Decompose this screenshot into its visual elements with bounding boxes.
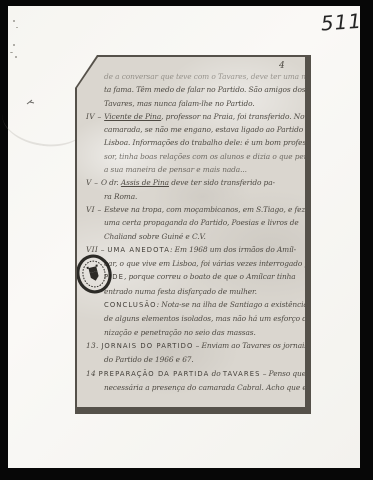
doc-text-segment: VI – — [86, 205, 104, 214]
doc-heading-segment: JORNAIS DO PARTIDO — [101, 342, 193, 350]
doc-line: ra Roma. — [104, 190, 304, 203]
doc-line: de alguns elementos isolados, mas não há… — [104, 312, 304, 325]
doc-text-segment: camarada, se não me engano, estava ligad… — [104, 125, 305, 134]
doc-text-segment: necessária a presença do camarada Cabral… — [104, 383, 305, 392]
doc-text-segment: Lisboa. Informações do trabalho dele: é … — [104, 138, 305, 147]
doc-line: VII – UMA ANEDOTA: Em 1968 um dos irmãos… — [86, 243, 304, 257]
doc-text-segment: sor, tinha boas relações com os alunos e… — [104, 152, 305, 161]
document-lines: de a conversar que teve com o Tavares, d… — [104, 70, 304, 394]
doc-heading-segment: TAVARES — [223, 370, 261, 378]
doc-line: Tavares, mas nunca falam-lhe no Partido. — [104, 97, 304, 110]
doc-text-segment: : Nota-se na ilha de Santiago a existênc… — [157, 300, 305, 309]
doc-text-segment: de alguns elementos isolados, mas não há… — [104, 314, 305, 323]
doc-line: de a conversar que teve com o Tavares, d… — [104, 70, 304, 83]
doc-line: a sua maneira de pensar e mais nada... — [104, 163, 304, 176]
doc-line: 14 PREPARAÇÃO DA PARTIDA do TAVARES – Pe… — [86, 367, 304, 381]
dust-speck — [16, 27, 18, 28]
doc-line: car, o que vive em Lisboa, foi várias ve… — [104, 257, 304, 270]
doc-line: V – O dr. Assis de Pina deve ter sido tr… — [86, 176, 304, 189]
document-dark-border: 4 de a conversar que teve com o Tavares,… — [75, 55, 311, 414]
doc-line: necessária a presença do camarada Cabral… — [104, 381, 304, 394]
doc-text-segment: ra Roma. — [104, 192, 137, 201]
doc-line: Lisboa. Informações do trabalho dele: é … — [104, 136, 304, 149]
doc-line: sor, tinha boas relações com os alunos e… — [104, 150, 304, 163]
doc-text-segment: Esteve na tropa, com moçambicanos, em S.… — [104, 205, 305, 214]
doc-heading-segment: PREPARAÇÃO DA PARTIDA — [99, 370, 210, 378]
doc-text-segment: deve ter sido transferido pa- — [169, 178, 275, 187]
doc-line: do Partido de 1966 e 67. — [104, 353, 304, 366]
doc-text-segment: do — [209, 369, 222, 378]
doc-text-segment: ta fama. Têm medo de falar no Partido. S… — [104, 85, 305, 94]
doc-text-segment: , professor na Praia, foi transferido. N… — [161, 112, 305, 121]
doc-text-segment: 14 — [86, 369, 99, 378]
document-page: 4 de a conversar que teve com o Tavares,… — [77, 57, 305, 407]
doc-line: entrado numa festa disfarçado de mulher. — [104, 285, 304, 298]
document-photograph: 4 de a conversar que teve com o Tavares,… — [8, 6, 360, 468]
doc-line: uma certa propaganda do Partido, Poesias… — [104, 216, 304, 229]
doc-text-segment: 13. — [86, 341, 101, 350]
doc-text-segment: V – — [86, 178, 101, 187]
doc-text-segment: – Penso que é — [261, 369, 305, 378]
archive-number: 511 — [320, 9, 366, 42]
dust-speck — [13, 20, 15, 22]
doc-text-segment: , porque correu o boato de que o Amílcar… — [124, 272, 296, 281]
doc-line: ta fama. Têm medo de falar no Partido. S… — [104, 83, 304, 96]
doc-text-segment: Vicente de Pina — [104, 112, 161, 121]
doc-text-segment: O dr. — [101, 178, 121, 187]
doc-text-segment: do Partido de 1966 e 67. — [104, 355, 194, 364]
doc-line: PIDE, porque correu o boato de que o Amí… — [104, 270, 304, 284]
doc-text-segment: Assis de Pina — [121, 178, 169, 187]
doc-text-segment: uma certa propaganda do Partido, Poesias… — [104, 218, 299, 227]
doc-text-segment: IV – — [86, 112, 104, 121]
doc-heading-segment: CONCLUSÃO — [104, 301, 157, 309]
dust-speck — [13, 44, 15, 46]
pen-mark-icon — [26, 98, 36, 106]
doc-text-segment: car, o que vive em Lisboa, foi várias ve… — [104, 259, 305, 268]
doc-line: nização e penetração no seio das massas. — [104, 326, 304, 339]
doc-text-segment: entrado numa festa disfarçado de mulher. — [104, 287, 257, 296]
doc-text-segment: Tavares, mas nunca falam-lhe no Partido. — [104, 99, 255, 108]
doc-text-segment: de a conversar que teve com o Tavares, d… — [104, 72, 305, 81]
doc-line: 13. JORNAIS DO PARTIDO – Enviam ao Tavar… — [86, 339, 304, 353]
doc-line: IV – Vicente de Pina, professor na Praia… — [86, 110, 304, 123]
doc-line: camarada, se não me engano, estava ligad… — [104, 123, 304, 136]
doc-text-segment: Chaliand sobre Guiné e C.V. — [104, 232, 206, 241]
doc-line: CONCLUSÃO: Nota-se na ilha de Santiago a… — [104, 298, 304, 312]
doc-text-segment: : Em 1968 um dos irmãos do Amíl- — [170, 245, 296, 254]
dust-speck — [15, 56, 17, 58]
doc-text-segment: – Enviam ao Tavares os jornais — [193, 341, 305, 350]
doc-line: VI – Esteve na tropa, com moçambicanos, … — [86, 203, 304, 216]
doc-line: Chaliand sobre Guiné e C.V. — [104, 230, 304, 243]
dust-speck — [10, 52, 13, 53]
doc-text-segment: a sua maneira de pensar e mais nada... — [104, 165, 247, 174]
doc-heading-segment: UMA ANEDOTA — [107, 246, 170, 254]
album-page: 4 de a conversar que teve com o Tavares,… — [0, 0, 373, 480]
doc-text-segment: nização e penetração no seio das massas. — [104, 328, 256, 337]
